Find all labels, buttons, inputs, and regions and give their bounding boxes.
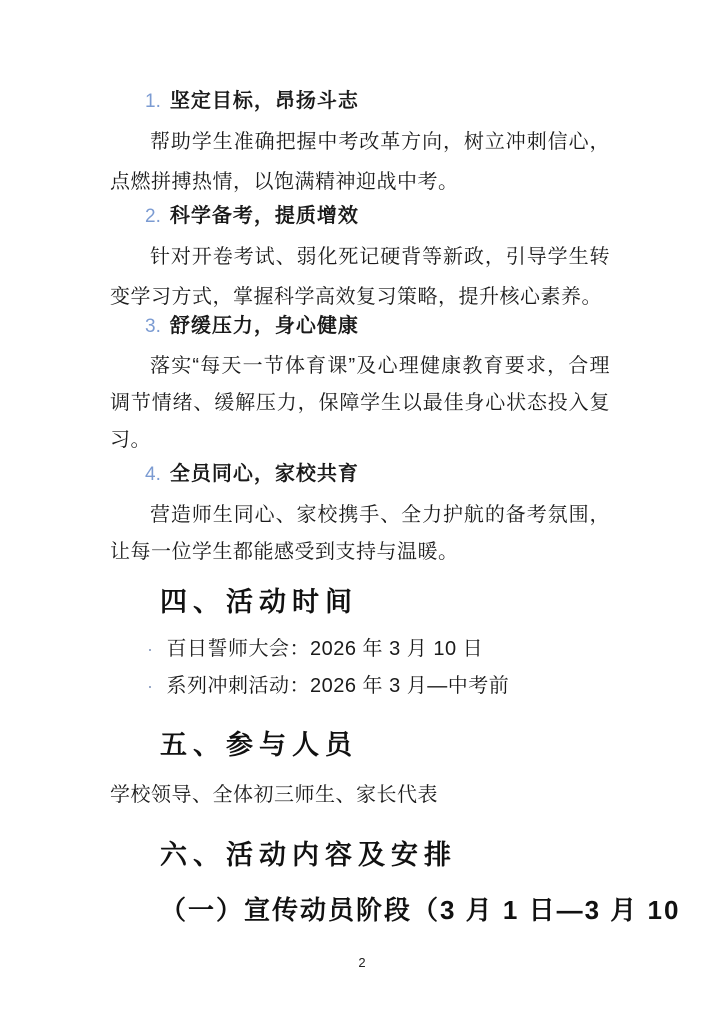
body-paragraph: 落实“每天一节体育课”及心理健康教育要求，合理调节情绪、缓解压力，保障学生以最佳…: [110, 348, 610, 459]
bullet-text: 系列冲刺活动：2026 年 3 月—中考前: [167, 675, 510, 697]
section-heading-five: 五、参与人员: [160, 728, 358, 762]
list-number: 3.: [145, 316, 161, 337]
section-heading-four: 四、活动时间: [160, 585, 358, 619]
document-page: 1.坚定目标，昂扬斗志 帮助学生准确把握中考改革方向，树立冲刺信心，点燃拼搏热情…: [0, 0, 724, 1024]
body-paragraph: 学校领导、全体初三师生、家长代表: [110, 780, 610, 810]
numbered-heading-1: 1.坚定目标，昂扬斗志: [145, 88, 359, 115]
bullet-icon: ·: [147, 676, 154, 696]
numbered-heading-2: 2.科学备考，提质增效: [145, 203, 359, 230]
list-number: 2.: [145, 206, 161, 227]
page-number: 2: [0, 955, 724, 970]
bullet-text: 百日誓师大会：2026 年 3 月 10 日: [167, 638, 484, 660]
numbered-heading-title: 全员同心，家校共育: [170, 463, 359, 485]
bullet-item: ·系列冲刺活动：2026 年 3 月—中考前: [147, 671, 509, 701]
body-paragraph: 营造师生同心、家校携手、全力护航的备考氛围，让每一位学生都能感受到支持与温暖。: [110, 497, 610, 571]
bullet-icon: ·: [147, 639, 154, 659]
section-heading-six: 六、活动内容及安排: [160, 838, 457, 872]
body-paragraph: 针对开卷考试、弱化死记硬背等新政，引导学生转变学习方式，掌握科学高效复习策略，提…: [110, 237, 610, 317]
numbered-heading-4: 4.全员同心，家校共育: [145, 461, 359, 488]
bullet-item: ·百日誓师大会：2026 年 3 月 10 日: [147, 634, 483, 664]
numbered-heading-3: 3.舒缓压力，身心健康: [145, 313, 359, 340]
list-number: 4.: [145, 464, 161, 485]
subsection-heading-one: （一）宣传动员阶段（3 月 1 日—3 月 10: [160, 893, 680, 927]
body-paragraph: 帮助学生准确把握中考改革方向，树立冲刺信心，点燃拼搏热情，以饱满精神迎战中考。: [110, 122, 610, 202]
numbered-heading-title: 科学备考，提质增效: [170, 205, 359, 227]
numbered-heading-title: 坚定目标，昂扬斗志: [170, 90, 359, 112]
numbered-heading-title: 舒缓压力，身心健康: [170, 315, 359, 337]
list-number: 1.: [145, 91, 161, 112]
